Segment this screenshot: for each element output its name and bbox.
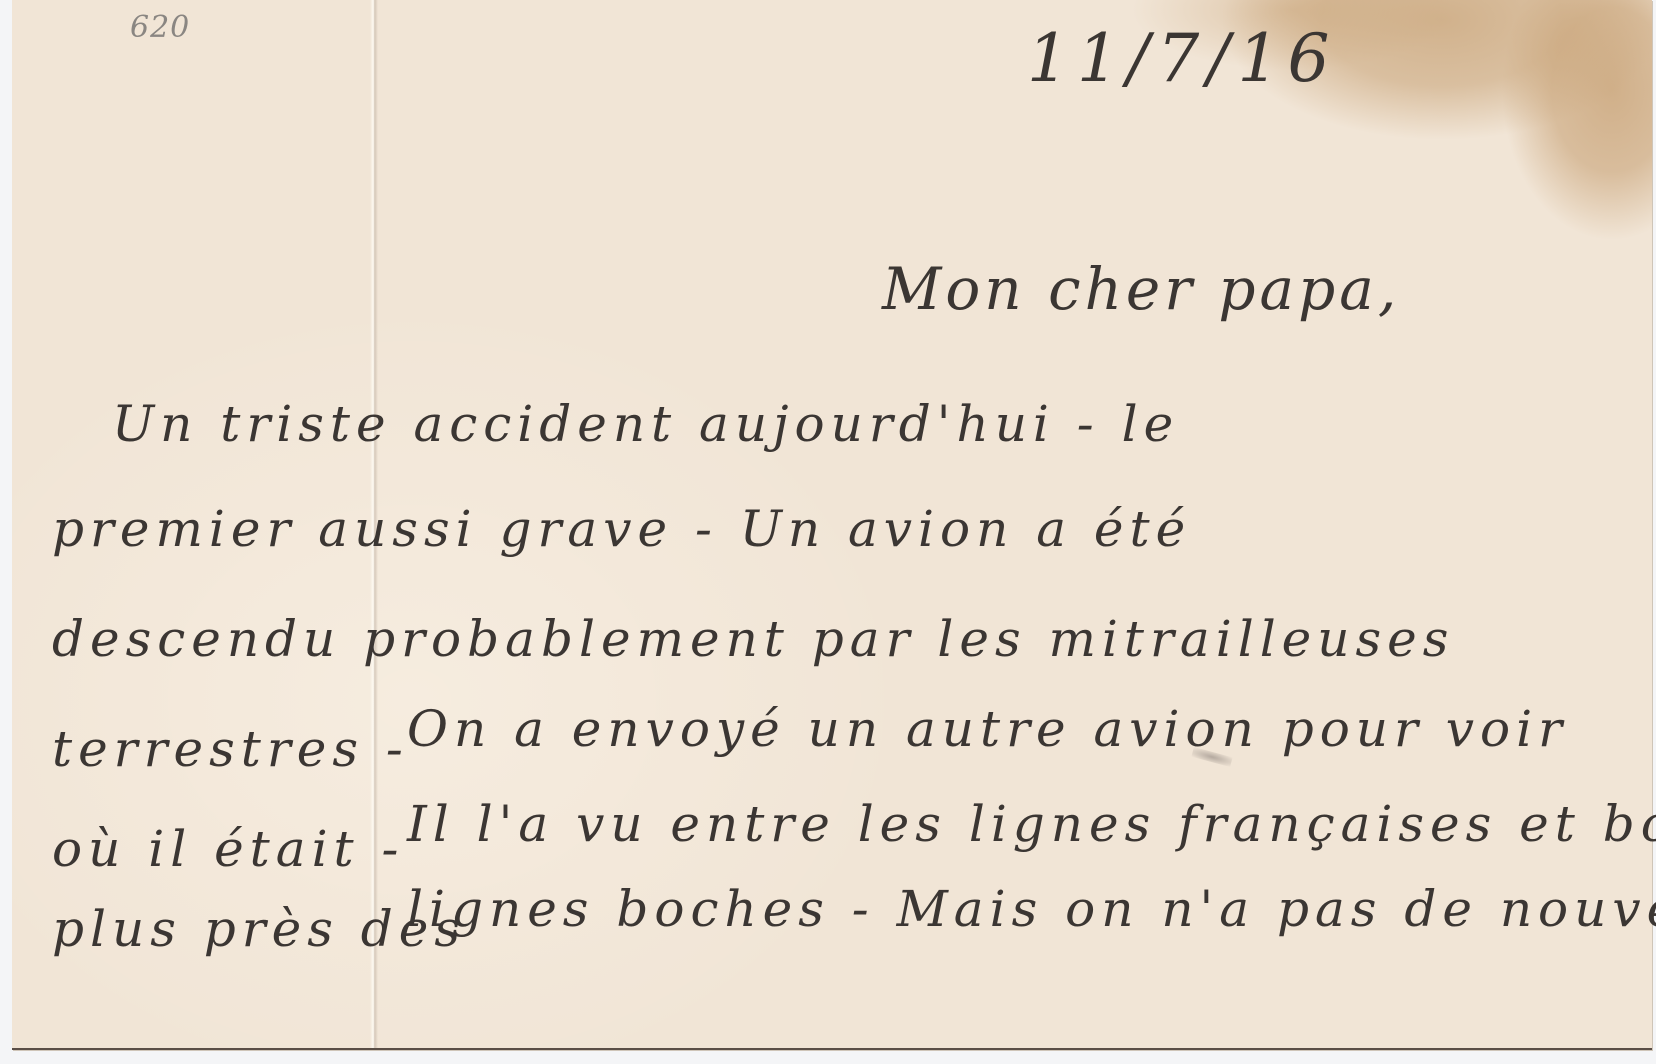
- letter-line-1: Un triste accident aujourd'hui - le: [112, 395, 1179, 453]
- letter-line-4-right: On a envoyé un autre avion pour voir: [407, 700, 1568, 758]
- letter-line-6-left: plus près des: [52, 900, 466, 958]
- letter-line-5-right: Il l'a vu entre les lignes françaises et…: [407, 795, 1656, 853]
- letter-line-6-right: lignes boches - Mais on n'a pas de nouve…: [407, 880, 1656, 938]
- letter-line-3: descendu probablement par les mitrailleu…: [52, 610, 1454, 668]
- letter-line-5-left: où il était -: [52, 820, 404, 878]
- letter-line-2: premier aussi grave - Un avion a été: [52, 500, 1191, 558]
- pencil-annotation: 620: [130, 10, 190, 45]
- salutation: Mon cher papa,: [882, 255, 1400, 323]
- letter-card: 620 11/7/16 Mon cher papa, Un triste acc…: [12, 0, 1652, 1050]
- letter-date: 11/7/16: [1027, 20, 1337, 97]
- letter-line-4-left: terrestres -: [52, 720, 409, 778]
